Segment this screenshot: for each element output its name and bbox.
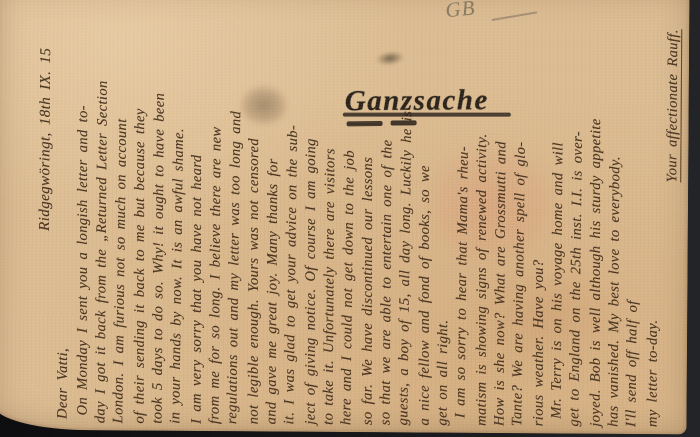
pencil-mark-gb: GB — [444, 0, 476, 23]
letter-line: matism is showing signs of renewed activ… — [473, 6, 493, 426]
handwriting-block: Ridgegwöringt, 18th IX. 15 Dear Vatti, O… — [35, 3, 684, 427]
letter-line: rious weather. Have you? — [530, 6, 550, 426]
signature-line: Your affectionate Rauff. — [661, 7, 683, 427]
scan-background: Ridgegwöringt, 18th IX. 15 Dear Vatti, O… — [0, 0, 700, 437]
letter-line: my letter to-day. — [644, 7, 664, 427]
overprint-underline — [347, 121, 383, 126]
letter-line: On Monday I sent you a longish letter an… — [74, 3, 94, 423]
letter-line: so far. We have discontinued our lessons — [359, 5, 379, 425]
overprint-underline — [391, 120, 417, 125]
postcard-scan: Ridgegwöringt, 18th IX. 15 Dear Vatti, O… — [0, 0, 690, 434]
letter-line: a nice fellow and fond of books, so we — [416, 6, 436, 426]
ganzsache-overprint: Ganzsache — [345, 84, 515, 118]
letter-line: I am very sorry that you have not heard — [188, 4, 208, 424]
letter-line: joyed. Bob is well although his sturdy a… — [587, 7, 607, 427]
letter-line: not legible enough. Yours was not censor… — [245, 4, 265, 424]
salutation: Dear Vatti, — [54, 3, 76, 423]
letter-body: On Monday I sent you a longish letter an… — [73, 3, 665, 427]
letter-line: ject of giving notice. Of course I am go… — [302, 5, 322, 425]
letter-line: of their sending it back to me but becau… — [131, 4, 151, 424]
